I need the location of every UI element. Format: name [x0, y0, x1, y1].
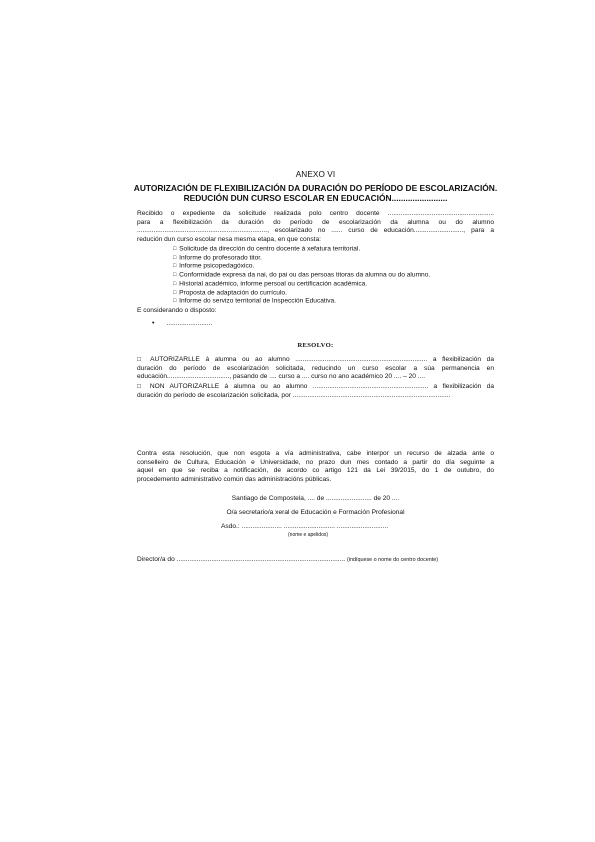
checklist-item[interactable]: □Informe do profesorado titor.: [173, 254, 493, 263]
checkbox-icon[interactable]: □: [173, 254, 176, 262]
checkbox-icon[interactable]: □: [173, 289, 176, 297]
intro-paragraph: Recibido o expediente da solicitude real…: [137, 210, 494, 244]
considering-blank[interactable]: .........................: [166, 320, 212, 327]
checklist-item[interactable]: □Proposta de adaptación do currículo.: [173, 289, 493, 298]
title-line-2: REDUCIÓN DUN CURSO ESCOLAR EN EDUCACIÓN.…: [133, 193, 498, 203]
resolvo-heading: RESOLVO:: [137, 342, 494, 349]
annex-label: ANEXO VI: [137, 170, 494, 179]
director-label: Director/a do ..........................…: [137, 556, 345, 563]
authorize-line-3: educación...............................…: [137, 373, 494, 382]
appeal-line-2: conselleiro de Cultura, Educación e Univ…: [137, 459, 494, 468]
place-date: Santiago de Compostela, .... de ........…: [137, 495, 494, 502]
considering-bullet: •.........................: [152, 320, 212, 327]
intro-line-2: para a flexibilización da duración do pe…: [137, 219, 494, 228]
deny-option[interactable]: □ NON AUTORIZARLLE á alumna ou ao alumno…: [137, 383, 494, 400]
signer-title: O/a secretario/a xeral de Educación e Fo…: [137, 509, 494, 516]
authorize-line-2: duración do período de escolarización so…: [137, 365, 494, 374]
document-title: AUTORIZACIÓN DE FLEXIBILIZACIÓN DA DURAC…: [133, 183, 498, 204]
checklist-item[interactable]: □Informe psicopedagóxico.: [173, 262, 493, 271]
checklist-item[interactable]: □Conformidade expresa da nai, do pai ou …: [173, 271, 493, 280]
appeal-notice: Contra esta resolución, que non esgota a…: [137, 450, 494, 484]
considering-label: E considerando o disposto:: [137, 307, 217, 314]
checklist-item[interactable]: □Historial académico, informe persoal ou…: [173, 280, 493, 289]
appeal-line-4: procedemento administrativo común das ad…: [137, 476, 494, 485]
bullet-icon: •: [152, 320, 154, 327]
appeal-line-3: aquel en que se reciba a notificación, d…: [137, 467, 494, 476]
intro-line-4: redución dun curso escolar nesa mesma et…: [137, 236, 494, 245]
authorize-option[interactable]: □ AUTORIZARLLE á alumna ou ao alumno ...…: [137, 356, 494, 382]
appeal-line-1: Contra esta resolución, que non esgota a…: [137, 450, 494, 459]
signature-line: Asdo.: ...................... ..........…: [221, 523, 388, 530]
checkbox-icon[interactable]: □: [173, 297, 176, 305]
title-line-1: AUTORIZACIÓN DE FLEXIBILIZACIÓN DA DURAC…: [133, 183, 498, 193]
checklist-item[interactable]: □Solicitude da dirección do centro docen…: [173, 245, 493, 254]
signature-note: (nome e apelidos): [288, 532, 328, 538]
checkbox-icon[interactable]: □: [173, 280, 176, 288]
checkbox-icon[interactable]: □: [173, 262, 176, 270]
deny-line-2: duración do período de escolarización so…: [137, 392, 494, 401]
checkbox-icon[interactable]: □: [173, 271, 176, 279]
deny-line-1: □ NON AUTORIZARLLE á alumna ou ao alumno…: [137, 383, 494, 392]
checkbox-icon[interactable]: □: [173, 245, 176, 253]
checklist-item[interactable]: □Informe do servizo territorial de Inspe…: [173, 297, 493, 306]
authorize-line-1: □ AUTORIZARLLE á alumna ou ao alumno ...…: [137, 356, 494, 365]
documents-checklist: □Solicitude da dirección do centro docen…: [173, 245, 493, 306]
intro-line-3: ........................................…: [137, 227, 494, 236]
intro-line-1: Recibido o expediente da solicitude real…: [137, 210, 494, 219]
director-hint: (indíquese o nome do centro docente): [347, 557, 438, 563]
director-line: Director/a do ..........................…: [137, 556, 438, 563]
